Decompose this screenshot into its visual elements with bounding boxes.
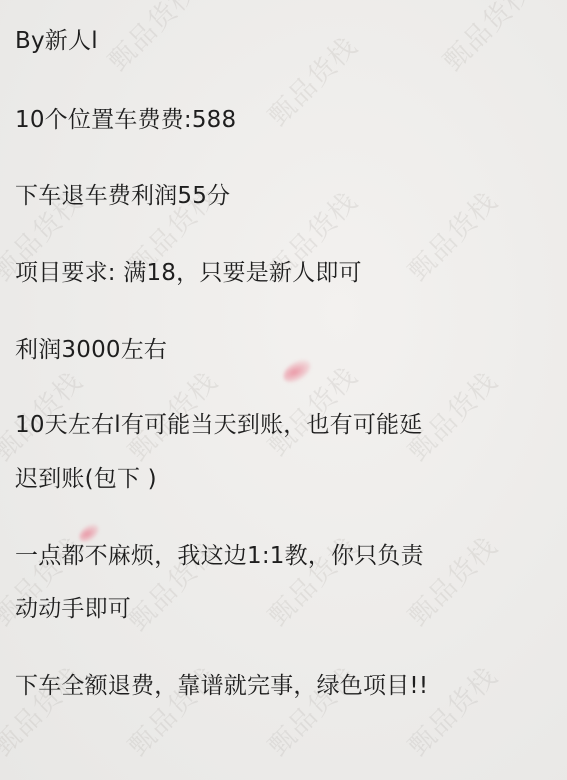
post-line: 项目要求: 满18，只要是新人即可 [15, 253, 362, 293]
watermark: 甄品货栈 [98, 0, 205, 78]
post-line: 迟到账(包下 ) [15, 459, 157, 499]
post-line: 动动手即可 [15, 589, 131, 629]
watermark: 甄品货栈 [433, 0, 540, 78]
post-line: 10个位置车费费:588 [15, 100, 236, 140]
post-line: By新人l [15, 21, 98, 61]
post-line: 10天左右l有可能当天到账，也有可能延 [15, 405, 422, 445]
petal-decoration [280, 357, 315, 386]
post-line: 下车退车费利润55分 [15, 176, 230, 216]
post-line: 一点都不麻烦，我这边1:1教，你只负责 [15, 536, 424, 576]
watermark: 甄品货栈 [398, 181, 505, 288]
post-line: 下车全额退费，靠谱就完事，绿色项目!! [15, 666, 428, 706]
post-line: 利润3000左右 [15, 330, 167, 370]
watermark: 甄品货栈 [258, 26, 365, 133]
